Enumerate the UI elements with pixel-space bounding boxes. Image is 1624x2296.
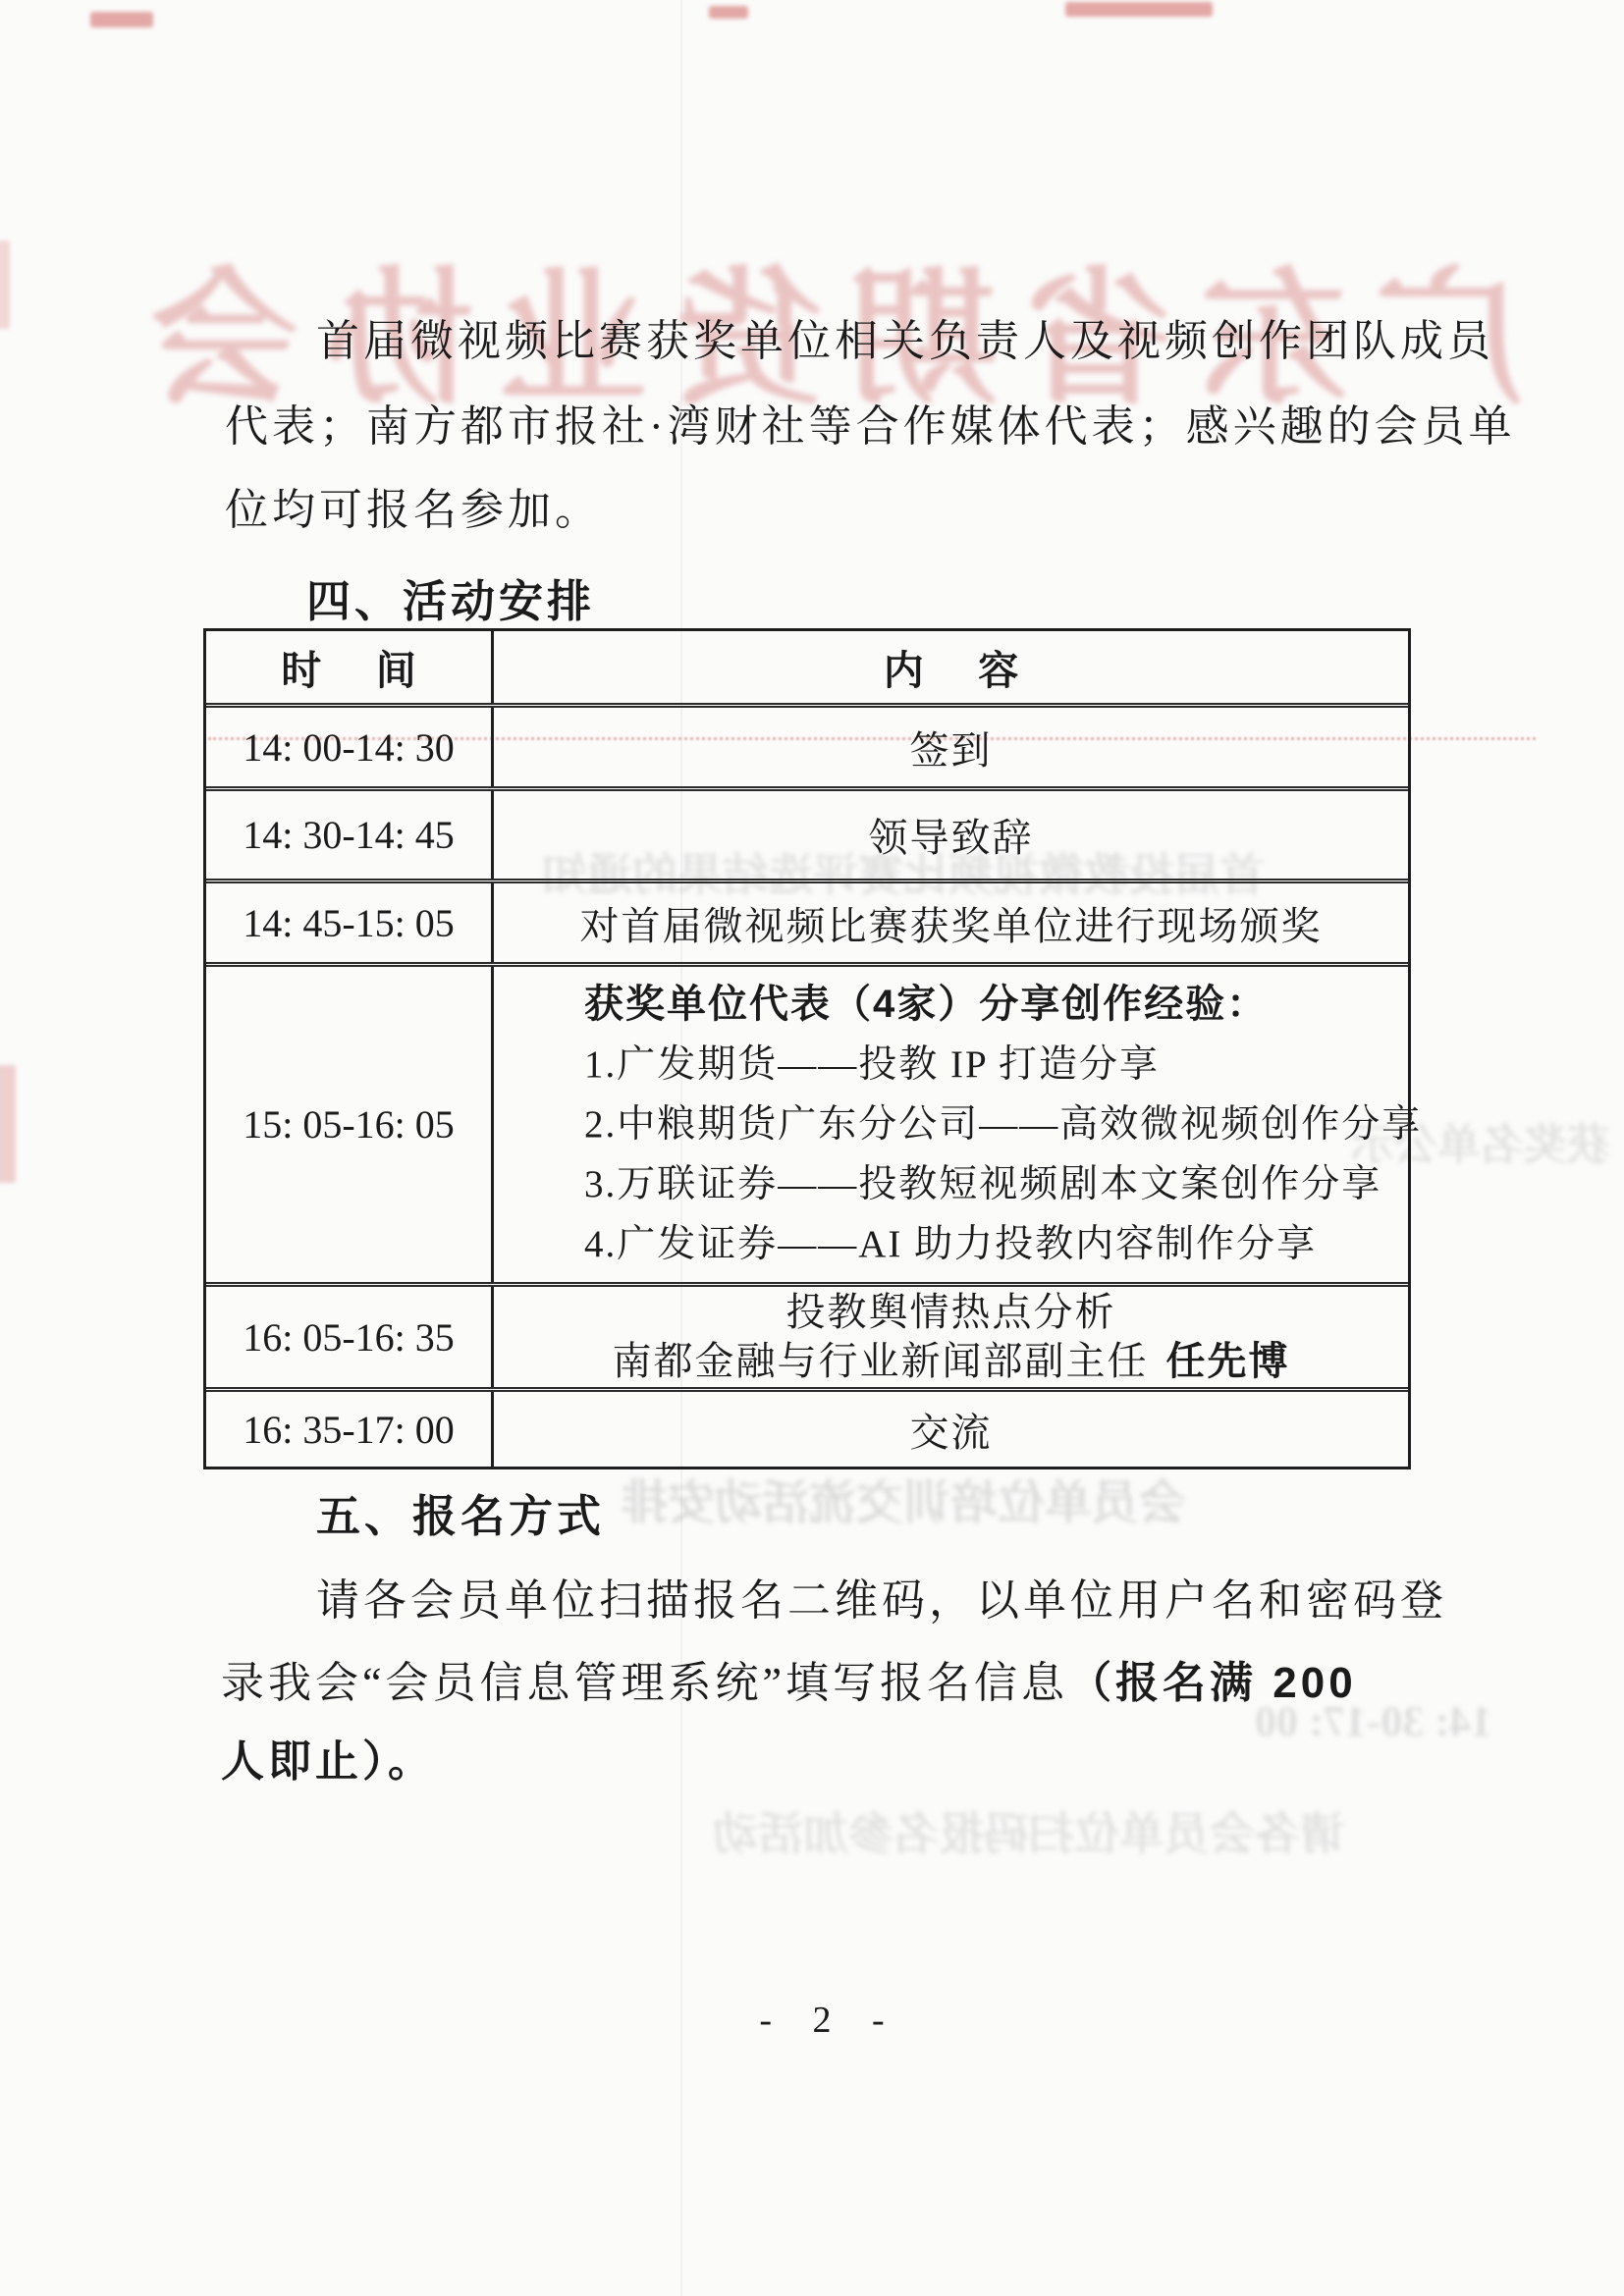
- table-row: 14: 45-15: 05 对首届微视频比赛获奖单位进行现场颁奖: [206, 879, 1408, 962]
- time-cell: 16: 05-16: 35: [206, 1287, 494, 1387]
- session-item: 3.万联证券——投教短视频剧本文案创作分享: [584, 1154, 1381, 1214]
- table-row: 16: 35-17: 00 交流: [206, 1387, 1408, 1467]
- table-header-row: 时 间 内 容: [206, 631, 1408, 703]
- content-cell: 获奖单位代表（4家）分享创作经验： 1.广发期货——投教 IP 打造分享 2.中…: [494, 967, 1422, 1282]
- paragraph-line: 位均可报名参加。: [225, 467, 602, 553]
- paragraph-text-bold: 人即止）。: [221, 1737, 435, 1786]
- paragraph-line: 请各会员单位扫描报名二维码，以单位用户名和密码登: [316, 1561, 1447, 1641]
- session-item: 1.广发期货——投教 IP 打造分享: [584, 1035, 1160, 1095]
- table-row: 14: 00-14: 30 签到: [206, 703, 1408, 786]
- time-cell: 14: 00-14: 30: [206, 708, 494, 786]
- paragraph-line: 人即止）。: [221, 1722, 435, 1802]
- paragraph-line: 录我会“会员信息管理系统”填写报名信息（报名满 200: [221, 1643, 1357, 1724]
- time-cell: 14: 45-15: 05: [206, 883, 494, 962]
- paragraph-line: 代表；南方都市报社·湾财社等合作媒体代表；感兴趣的会员单: [225, 384, 1516, 469]
- time-cell: 16: 35-17: 00: [206, 1392, 494, 1467]
- content-cell: 领导致辞: [494, 791, 1408, 879]
- scan-speck: [0, 1065, 16, 1183]
- session-title: 获奖单位代表（4家）分享创作经验：: [584, 975, 1268, 1035]
- table-row: 15: 05-16: 05 获奖单位代表（4家）分享创作经验： 1.广发期货——…: [206, 962, 1408, 1282]
- session-item: 2.中粮期货广东分公司——高效微视频创作分享: [584, 1095, 1422, 1154]
- page-number: - 2 -: [0, 1999, 1624, 2042]
- bleedthrough-ghost-text: 请各会员单位扫码报名参加活动: [187, 1798, 1345, 1863]
- time-cell: 15: 05-16: 05: [206, 967, 494, 1282]
- paragraph-text: 录我会“会员信息管理系统”填写报名信息: [221, 1659, 1068, 1707]
- scan-speck: [0, 240, 10, 329]
- table-row: 16: 05-16: 35 投教舆情热点分析 南都金融与行业新闻部副主任任先博: [206, 1282, 1408, 1387]
- content-cell: 投教舆情热点分析 南都金融与行业新闻部副主任任先博: [494, 1287, 1408, 1387]
- scan-speck: [709, 6, 748, 19]
- document-page: 广东省期货业协会 首届投教微视频比赛评选结果的通知 获奖名单公示 会员单位培训交…: [0, 0, 1624, 2296]
- speaker-role: 南都金融与行业新闻部副主任: [613, 1339, 1149, 1383]
- session-item: 4.广发证券——AI 助力投教内容制作分享: [584, 1214, 1317, 1274]
- scan-speck: [90, 12, 153, 27]
- table-row: 14: 30-14: 45 领导致辞: [206, 786, 1408, 879]
- paragraph-line: 首届微视频比赛获奖单位相关负责人及视频创作团队成员: [316, 298, 1494, 384]
- content-cell: 签到: [494, 708, 1408, 786]
- speaker-name: 任先博: [1166, 1340, 1290, 1383]
- header-cell-time: 时 间: [206, 631, 494, 703]
- scan-speck: [1065, 2, 1213, 17]
- session-topic: 投教舆情热点分析: [786, 1288, 1116, 1337]
- section-heading-activities: 四、活动安排: [306, 565, 595, 629]
- paragraph-text-bold: （报名满 200: [1068, 1659, 1357, 1707]
- header-cell-content: 内 容: [494, 631, 1408, 703]
- content-cell: 对首届微视频比赛获奖单位进行现场颁奖: [494, 883, 1408, 962]
- schedule-table: 时 间 内 容 14: 00-14: 30 签到 14: 30-14: 45 领…: [203, 628, 1411, 1469]
- content-cell: 交流: [494, 1392, 1408, 1467]
- time-cell: 14: 30-14: 45: [206, 791, 494, 879]
- section-heading-registration: 五、报名方式: [316, 1480, 605, 1544]
